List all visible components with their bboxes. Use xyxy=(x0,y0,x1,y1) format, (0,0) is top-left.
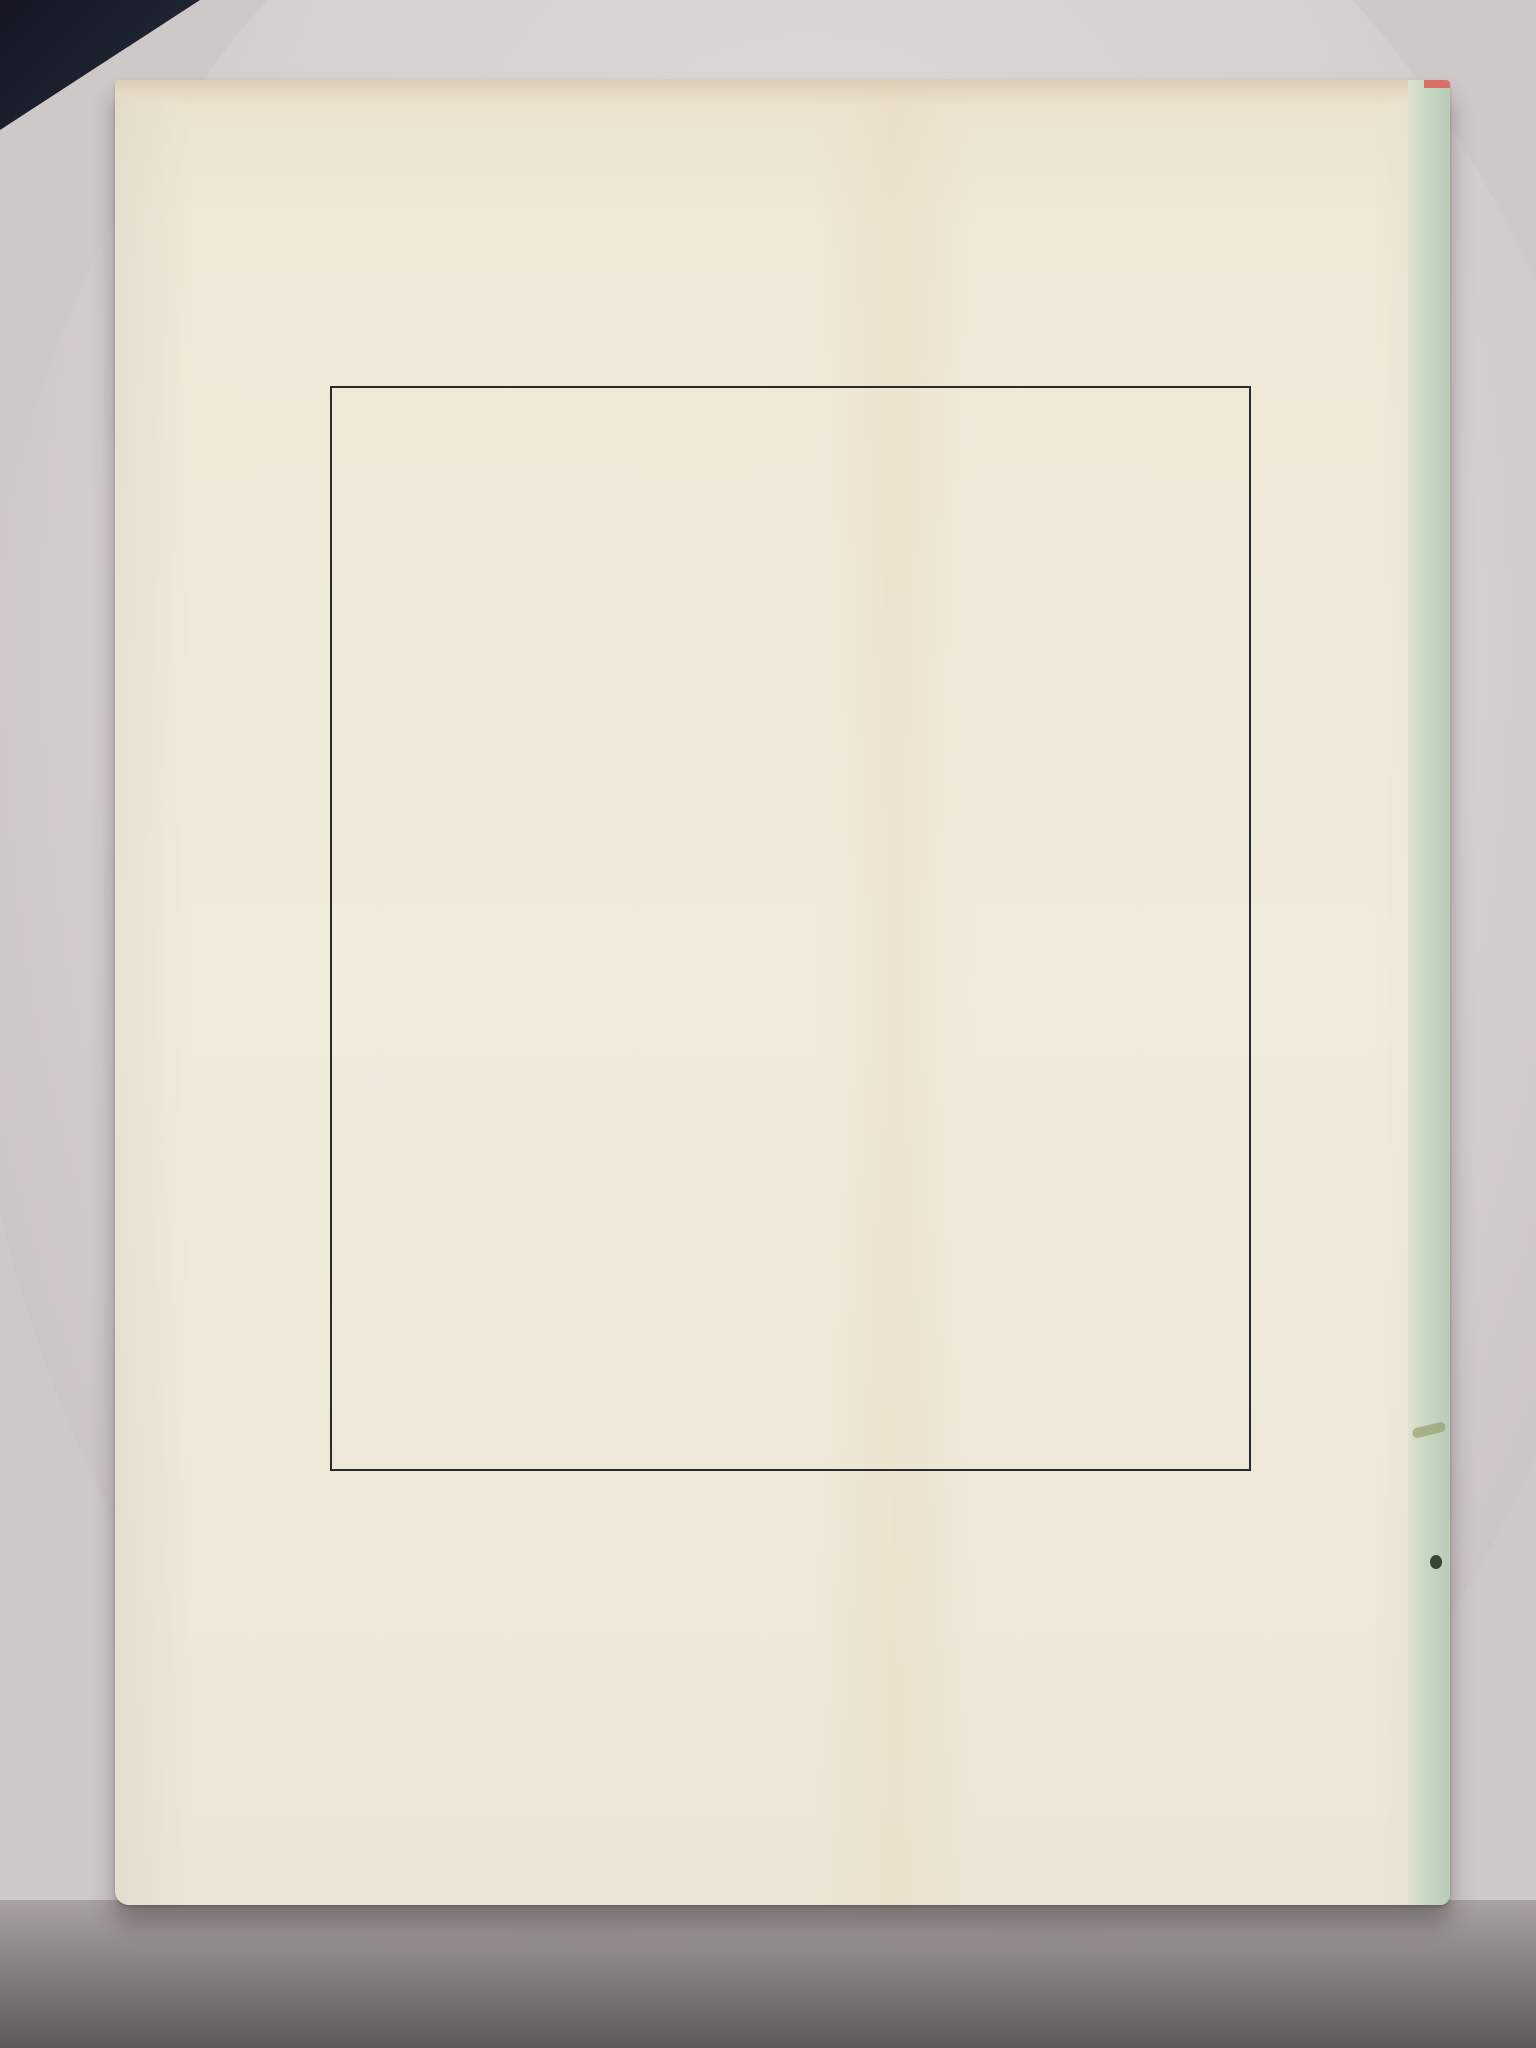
leaf-border-right xyxy=(1175,458,1229,1399)
top-fold-edge xyxy=(115,80,1450,106)
shadow-area xyxy=(0,1900,1536,2048)
spine-streak xyxy=(1411,1421,1446,1439)
leaf-border-bottom xyxy=(362,1399,1219,1453)
spine-red-tip xyxy=(1424,80,1450,88)
spine-spot xyxy=(1430,1555,1442,1569)
leaf-border-top xyxy=(362,404,1219,458)
leaf-border-left xyxy=(352,458,406,1399)
spine-edge xyxy=(1408,80,1450,1905)
decorative-frame xyxy=(330,386,1251,1471)
